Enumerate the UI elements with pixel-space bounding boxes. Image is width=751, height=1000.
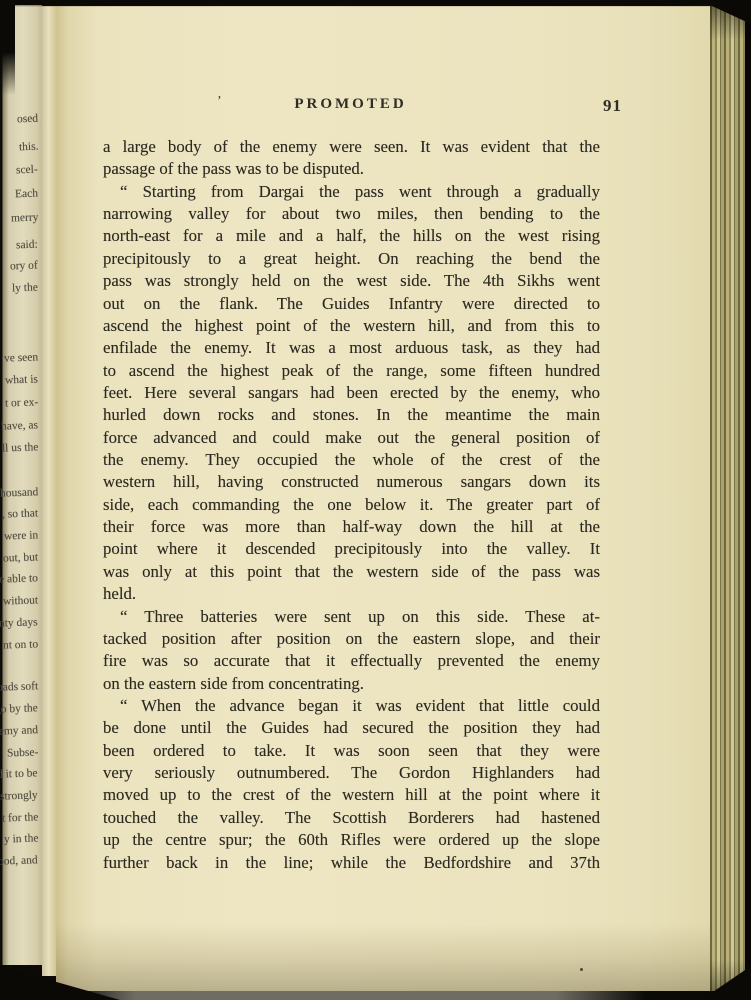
text-line: was only at this point that the western … [103, 561, 600, 583]
text-line: feet. Here several sangars had been erec… [103, 382, 600, 404]
text-line: out on the flank. The Guides Infantry we… [103, 293, 600, 315]
text-line: on the eastern side from concentrating. [103, 673, 600, 695]
text-line: north-east for a mile and a half, the hi… [103, 225, 600, 247]
cut-off-text-fragment: oads soft [0, 680, 38, 693]
text-line: moved up to the crest of the western hil… [103, 784, 600, 806]
text-line: western hill, having constructed numerou… [103, 471, 600, 493]
text-line: held. [103, 583, 600, 605]
text-line: force advanced and could make out the ge… [103, 427, 600, 449]
text-line: up the centre spur; the 60th Rifles were… [103, 829, 600, 851]
facing-page-fragments: osedthis.scel-Eachmerrysaid:ory ofly the… [0, 0, 40, 1000]
cut-off-text-fragment: ll us the [1, 441, 38, 454]
cut-off-text-fragment: what is [5, 373, 38, 386]
text-block: a large body of the enemy were seen. It … [103, 136, 600, 874]
stray-ink-mark: ’ [217, 94, 222, 110]
text-line: fire was so accurate that it effectually… [103, 650, 600, 672]
cut-off-text-fragment: ly the [12, 282, 38, 295]
text-line: point where it descended precipitously i… [103, 538, 600, 560]
text-line: “ Three batteries were sent up on this s… [103, 606, 600, 628]
cut-off-text-fragment: have, as [1, 419, 38, 432]
cut-off-text-fragment: nemy and [0, 724, 38, 738]
text-line: to ascend the highest peak of the range,… [103, 360, 600, 382]
cut-off-text-fragment: t or ex- [5, 396, 39, 409]
text-line: tacked position after position on the ea… [103, 628, 600, 650]
text-line: their force was more than half-way down … [103, 516, 600, 538]
text-line: side, each commanding the one below it. … [103, 494, 600, 516]
cut-off-text-fragment: strongly [0, 789, 38, 802]
cut-off-text-fragment: this. [18, 141, 38, 154]
cut-off-text-fragment: without [3, 594, 39, 607]
text-line: passage of the pass was to be disputed. [103, 158, 600, 180]
page-header: ’ PROMOTED 91 [103, 96, 598, 118]
text-line: “ When the advance began it was evident … [103, 695, 600, 717]
text-line: narrowing valley for about two miles, th… [103, 203, 600, 225]
cut-off-text-fragment: ory of [10, 260, 38, 273]
cut-off-text-fragment: osed [17, 113, 38, 126]
text-line: very seriously outnumbered. The Gordon H… [103, 762, 600, 784]
text-line: pass was strongly held on the west side.… [103, 270, 600, 292]
text-line: been ordered to take. It was soon seen t… [103, 740, 600, 762]
cut-off-text-fragment: Subse- [6, 746, 38, 759]
cut-off-text-fragment: nt on to [3, 638, 39, 651]
scan-top-border [0, 0, 751, 7]
text-line: precipitously to a great height. On reac… [103, 248, 600, 270]
stacked-page-edges [710, 0, 746, 1000]
page-number: 91 [603, 96, 622, 116]
stray-dot [580, 968, 583, 971]
cut-off-text-fragment: e able to [0, 572, 38, 585]
text-line: a large body of the enemy were seen. It … [103, 136, 600, 158]
text-line: touched the valley. The Scottish Bordere… [103, 807, 600, 829]
scan-top-left-shadow [0, 0, 15, 95]
cut-off-text-fragment: housand [0, 486, 38, 499]
cut-off-text-fragment: said: [16, 239, 38, 252]
text-line: enfilade the enemy. It was a most arduou… [103, 337, 600, 359]
cut-off-text-fragment: go by the [0, 702, 38, 715]
cut-off-text-fragment: d it to be [0, 767, 38, 780]
cut-off-text-fragment: nty days [0, 616, 38, 629]
book-scan: osedthis.scel-Eachmerrysaid:ory ofly the… [0, 0, 751, 1000]
book-page: ’ PROMOTED 91 a large body of the enemy … [56, 6, 710, 992]
cut-off-text-fragment: ve seen [4, 351, 39, 364]
cut-off-text-fragment: were in [4, 529, 39, 542]
running-title: PROMOTED [103, 96, 598, 113]
text-line: ascend the highest point of the western … [103, 315, 600, 337]
cut-off-text-fragment: out, but [3, 551, 39, 564]
cut-off-text-fragment: ood, and [0, 854, 38, 867]
text-line: further back in the line; while the Bedf… [103, 852, 600, 874]
cut-off-text-fragment: y in the [3, 832, 38, 845]
text-line: be done until the Guides had secured the… [103, 717, 600, 739]
text-line: the enemy. They occupied the whole of th… [103, 449, 600, 471]
cut-off-text-fragment: Each [15, 188, 38, 201]
book-cover-edge [745, 0, 751, 1000]
cut-off-text-fragment: t for the [1, 811, 38, 824]
text-line: “ Starting from Dargai the pass went thr… [103, 181, 600, 203]
text-line: hurled down rocks and stones. In the mea… [103, 404, 600, 426]
cut-off-text-fragment: scel- [16, 164, 38, 177]
cut-off-text-fragment: , so that [2, 507, 39, 520]
cut-off-text-fragment: merry [10, 212, 38, 225]
